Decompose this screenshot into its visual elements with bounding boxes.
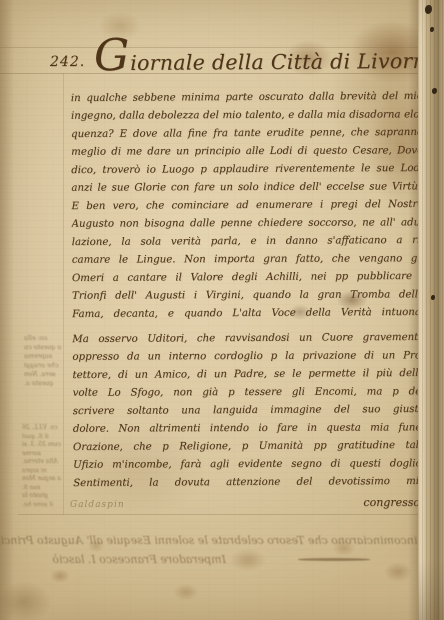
manuscript-page-scan: 242. Giornale della Città di Livorno in … (0, 0, 444, 620)
ink-speck (430, 27, 434, 32)
text-line: Orazione, che p Religione, p Umanità pp … (73, 437, 425, 457)
text-line: il sono ha. Not (22, 500, 62, 509)
text-line: volte Lo Sfogo, non già p tessere gli En… (73, 383, 425, 402)
text-line: ingegno, dalla debolezza del mio talento… (71, 106, 423, 125)
bleedthrough-line: Imperadore Francesco I. lasciò (52, 550, 226, 569)
margin-annotation: Galdaspin (70, 500, 125, 510)
catchword: congresso (330, 496, 420, 509)
text-line: scrivere soltanto una languida immagine … (73, 401, 425, 421)
text-line: in qualche sebbene minima parte oscurato… (71, 88, 423, 108)
text-line: il S. qual strum (22, 432, 62, 441)
text-line: sorme excelle (22, 449, 62, 458)
text-line: dolore. Non altrimenti intendo io fare i… (73, 419, 425, 438)
page-title: Giornale della Città di Livorno (94, 28, 439, 81)
text-line: ni sopra Mon et si (22, 466, 62, 475)
text-line: a questo cu (24, 343, 64, 352)
text-line: lazione, la sola verità parla, e in dann… (72, 232, 424, 252)
text-line: Sentimenti, la dovuta attenzione del dev… (73, 473, 425, 493)
text-line: meglio di me dare un principio alle Lodi… (71, 142, 423, 161)
book-fore-edge (418, 0, 444, 620)
text-line: giusto la madre (22, 492, 62, 501)
text-line: Alta eterna. Co (22, 458, 62, 467)
bleedthrough-margin-notes: co: ellaa questo cusuprema giusche oragg… (24, 334, 64, 388)
text-line: Fama, decanta, e quando L'alta Voce dell… (72, 304, 424, 324)
text-line: anzi le sue Glorie con fare un solo indi… (71, 178, 423, 197)
text-line: cum 35. 3. si (22, 441, 62, 450)
text-line: camare le Lingue. Non importa gran fatto… (72, 250, 424, 269)
bleedthrough-flourish (298, 558, 370, 561)
text-line: quenza? E dove alla fine fra tante erudi… (71, 124, 423, 144)
paragraph: Ma osservo Uditori, che ravvisandosi un … (72, 329, 425, 493)
ink-speck (425, 5, 432, 14)
text-line: Ufizio m'incombe, farà agli evidente seg… (73, 455, 425, 474)
text-line: sua S. misericordia (22, 483, 62, 492)
text-line: suprema gius (24, 352, 64, 361)
text-line: co. V.I.L. 26 (22, 424, 62, 433)
text-line: tettore, di un Amico, di un Padre, se le… (72, 365, 424, 385)
text-line: Omeri a cantare il Valore degli Achilli,… (72, 268, 424, 288)
text-line: E ben vero, che cominciare ad enumerare … (71, 196, 423, 216)
body-text: in qualche sebbene minima parte oscurato… (71, 88, 425, 493)
text-line: Ma osservo Uditori, che ravvisandosi un … (72, 329, 424, 349)
text-line: questo a. (24, 379, 64, 388)
bleedthrough-margin-notes: co. V.I.L. 26il S. qual strumcum 35. 3. … (22, 424, 62, 509)
text-line: co: ella (24, 334, 64, 343)
ruled-line-bottom (18, 514, 420, 515)
ink-speck (431, 295, 435, 300)
paragraph: in qualche sebbene minima parte oscurato… (71, 88, 424, 324)
page-number: 242. (50, 54, 85, 70)
bleedthrough-line: S'incominciarono che Tesoro celebrate le… (28, 531, 428, 550)
ruled-line-left-margin (63, 73, 64, 515)
text-line: che oraggi Gi (24, 361, 64, 370)
text-line: oppresso da un interno cordoglio p la pr… (72, 347, 424, 366)
text-line: dico, troverò io Luogo p applaudire rive… (71, 160, 423, 180)
text-line: a segue Mon il re (22, 475, 62, 484)
ink-speck (432, 88, 437, 94)
text-line: Trionfi dell' Augusti i Virgini, quando … (72, 286, 424, 305)
text-line: Augusto non bisogna dalle penne chiedere… (72, 214, 424, 233)
text-line: sera. Non ha (24, 370, 64, 379)
bleedthrough-text: S'incominciarono che Tesoro celebrate le… (28, 531, 428, 569)
